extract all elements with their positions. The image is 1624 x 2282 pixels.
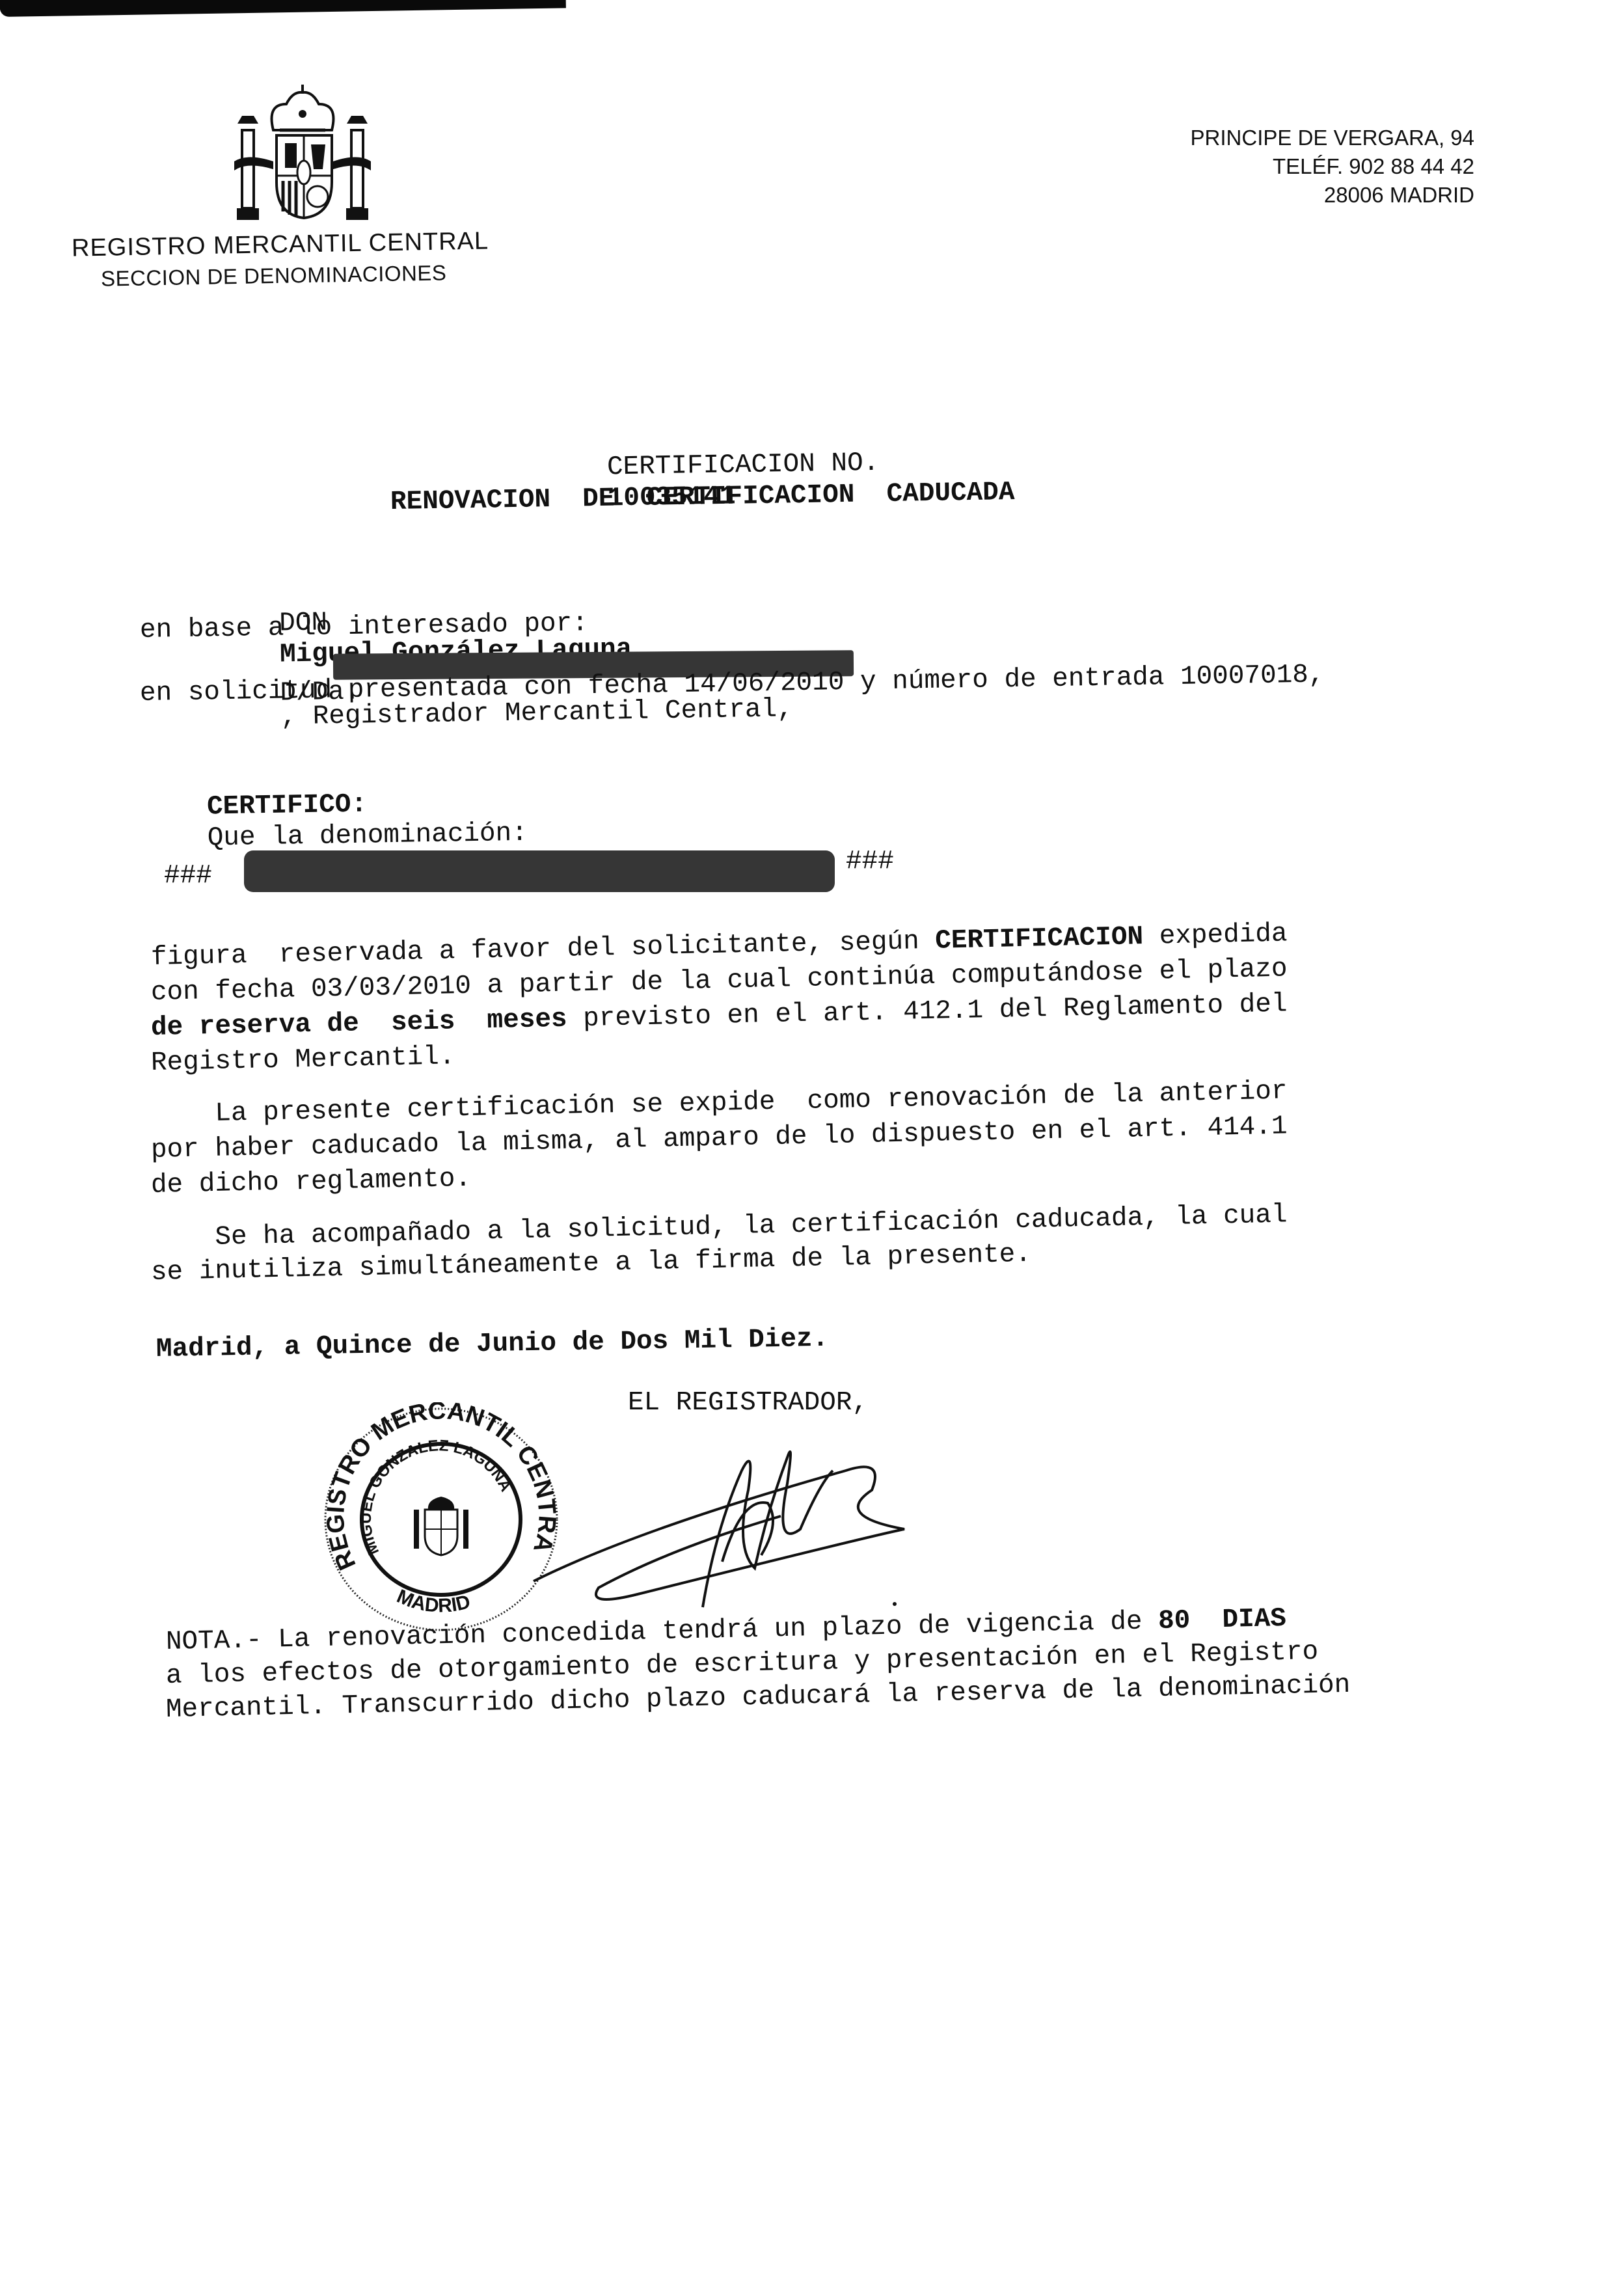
certifico-label: CERTIFICO: bbox=[207, 790, 368, 822]
cert-label: CERTIFICACION NO. bbox=[607, 448, 880, 483]
address-phone: TELÉF. 902 88 44 42 bbox=[1191, 152, 1474, 181]
svg-text:MADRID: MADRID bbox=[394, 1586, 472, 1617]
seal-bottom-text: MADRID bbox=[394, 1586, 472, 1617]
certifico-text: Que la denominación: bbox=[207, 819, 528, 854]
p1-bold-certificacion: CERTIFICACION bbox=[935, 922, 1144, 957]
nota-bold-80-dias: 80 DIAS bbox=[1158, 1604, 1287, 1637]
spain-coat-of-arms-icon bbox=[228, 85, 377, 228]
denomination-suffix: ### bbox=[846, 846, 894, 877]
p1-bold-seis-meses: de reserva de seis meses bbox=[151, 1005, 568, 1043]
p1-line-4: Registro Mercantil. bbox=[150, 1041, 455, 1079]
p1-text-end: expedida bbox=[1143, 919, 1288, 952]
address-block: PRINCIPE DE VERGARA, 94 TELÉF. 902 88 44… bbox=[1191, 124, 1474, 210]
signer-title: EL REGISTRADOR, bbox=[628, 1387, 868, 1419]
redacted-denomination bbox=[244, 850, 835, 892]
place-and-date: Madrid, a Quince de Junio de Dos Mil Die… bbox=[156, 1324, 829, 1365]
section-name: SECCION DE DENOMINACIONES bbox=[101, 260, 447, 291]
svg-text:MIGUEL GONZALEZ LAGUNA: MIGUEL GONZALEZ LAGUNA bbox=[357, 1437, 515, 1558]
denomination-prefix: ### bbox=[164, 860, 212, 891]
certificate-page: REGISTRO MERCANTIL CENTRAL SECCION DE DE… bbox=[0, 0, 1624, 2282]
document-subtitle: RENOVACION DE CERTIFICACION CADUCADA bbox=[390, 477, 1015, 518]
p2-line-3: de dicho reglamento. bbox=[150, 1163, 471, 1201]
seal-inner-text: MIGUEL GONZALEZ LAGUNA bbox=[357, 1437, 515, 1558]
org-name: REGISTRO MERCANTIL CENTRAL bbox=[72, 227, 489, 262]
address-street: PRINCIPE DE VERGARA, 94 bbox=[1191, 124, 1474, 152]
address-city: 28006 MADRID bbox=[1191, 181, 1474, 210]
scan-edge-artifact bbox=[0, 0, 566, 17]
registrar-signature bbox=[507, 1432, 930, 1627]
seal-crest-icon bbox=[414, 1497, 468, 1555]
